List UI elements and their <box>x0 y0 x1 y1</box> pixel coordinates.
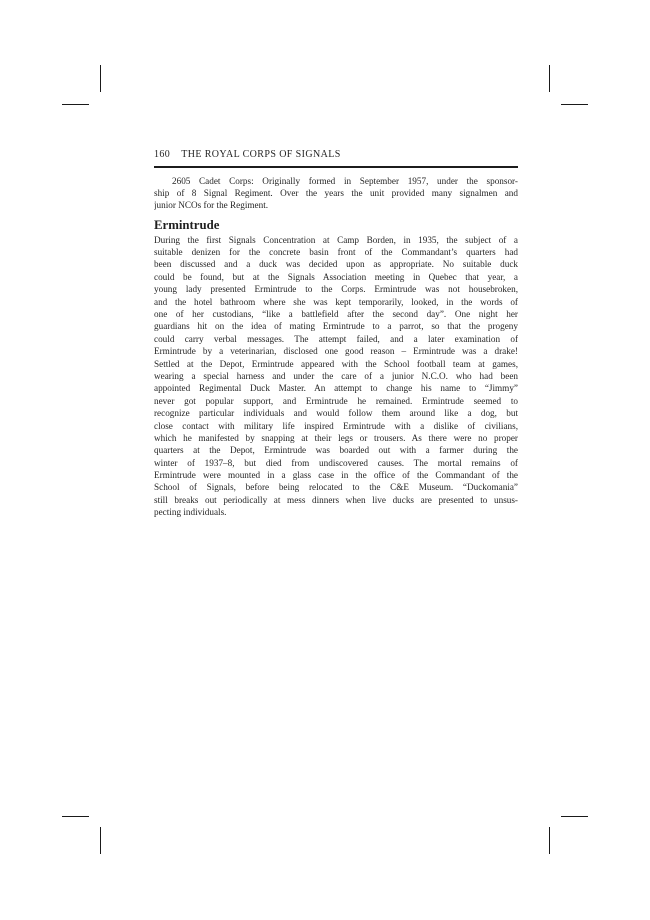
page-number: 160 <box>154 149 170 160</box>
text-line: appointed Regimental Duck Master. An att… <box>154 382 518 394</box>
text-line: which he manifested by snapping at their… <box>154 432 518 444</box>
text-line: Ermintrude were mounted in a glass case … <box>154 469 518 481</box>
crop-mark-bottom-left-vertical <box>100 827 101 854</box>
header-rule <box>154 166 518 168</box>
text-line: ship of 8 Signal Regiment. Over the year… <box>154 187 518 199</box>
text-block: 160THE ROYAL CORPS OF SIGNALS 2605 Cadet… <box>154 149 518 519</box>
crop-mark-top-left-vertical <box>100 65 101 92</box>
text-line: junior NCOs for the Regiment. <box>154 199 518 211</box>
text-line: one of her custodians, “like a battlefie… <box>154 308 518 320</box>
text-line: could be found, but at the Signals Assoc… <box>154 271 518 283</box>
crop-mark-top-left-horizontal <box>62 104 89 105</box>
text-line: close contact with military life inspire… <box>154 420 518 432</box>
text-line: Ermintrude by a veterinarian, disclosed … <box>154 345 518 357</box>
text-line: and the hotel bathroom where she was kep… <box>154 296 518 308</box>
text-line: still breaks out periodically at mess di… <box>154 494 518 506</box>
crop-mark-bottom-left-horizontal <box>62 816 89 817</box>
text-line: School of Signals, before being relocate… <box>154 481 518 493</box>
crop-mark-bottom-right-horizontal <box>561 816 588 817</box>
text-line: could carry verbal messages. The attempt… <box>154 333 518 345</box>
text-line: suitable denizen for the concrete basin … <box>154 246 518 258</box>
section-heading: Ermintrude <box>154 218 518 232</box>
text-line: pecting individuals. <box>154 506 518 518</box>
running-head: THE ROYAL CORPS OF SIGNALS <box>181 149 341 160</box>
text-line: Settled at the Depot, Ermintrude appeare… <box>154 358 518 370</box>
paragraph-cadet-corps: 2605 Cadet Corps: Originally formed in S… <box>154 175 518 212</box>
text-line: young lady presented Ermintrude to the C… <box>154 283 518 295</box>
text-line: guardians hit on the idea of mating Ermi… <box>154 320 518 332</box>
text-line: recognize particular individuals and wou… <box>154 407 518 419</box>
crop-mark-top-right-horizontal <box>561 104 588 105</box>
text-line: 2605 Cadet Corps: Originally formed in S… <box>154 175 518 187</box>
text-line: been discussed and a duck was decided up… <box>154 258 518 270</box>
text-line: During the first Signals Concentration a… <box>154 234 518 246</box>
book-page: 160THE ROYAL CORPS OF SIGNALS 2605 Cadet… <box>0 0 650 920</box>
text-line: wearing a special harness and under the … <box>154 370 518 382</box>
page-header: 160THE ROYAL CORPS OF SIGNALS <box>154 149 518 161</box>
crop-mark-bottom-right-vertical <box>549 827 550 854</box>
crop-mark-top-right-vertical <box>549 65 550 92</box>
text-line: never got popular support, and Ermintrud… <box>154 395 518 407</box>
text-line: winter of 1937–8, but died from undiscov… <box>154 457 518 469</box>
text-line: quarters at the Depot, Ermintrude was bo… <box>154 444 518 456</box>
paragraph-ermintrude: During the first Signals Concentration a… <box>154 234 518 519</box>
